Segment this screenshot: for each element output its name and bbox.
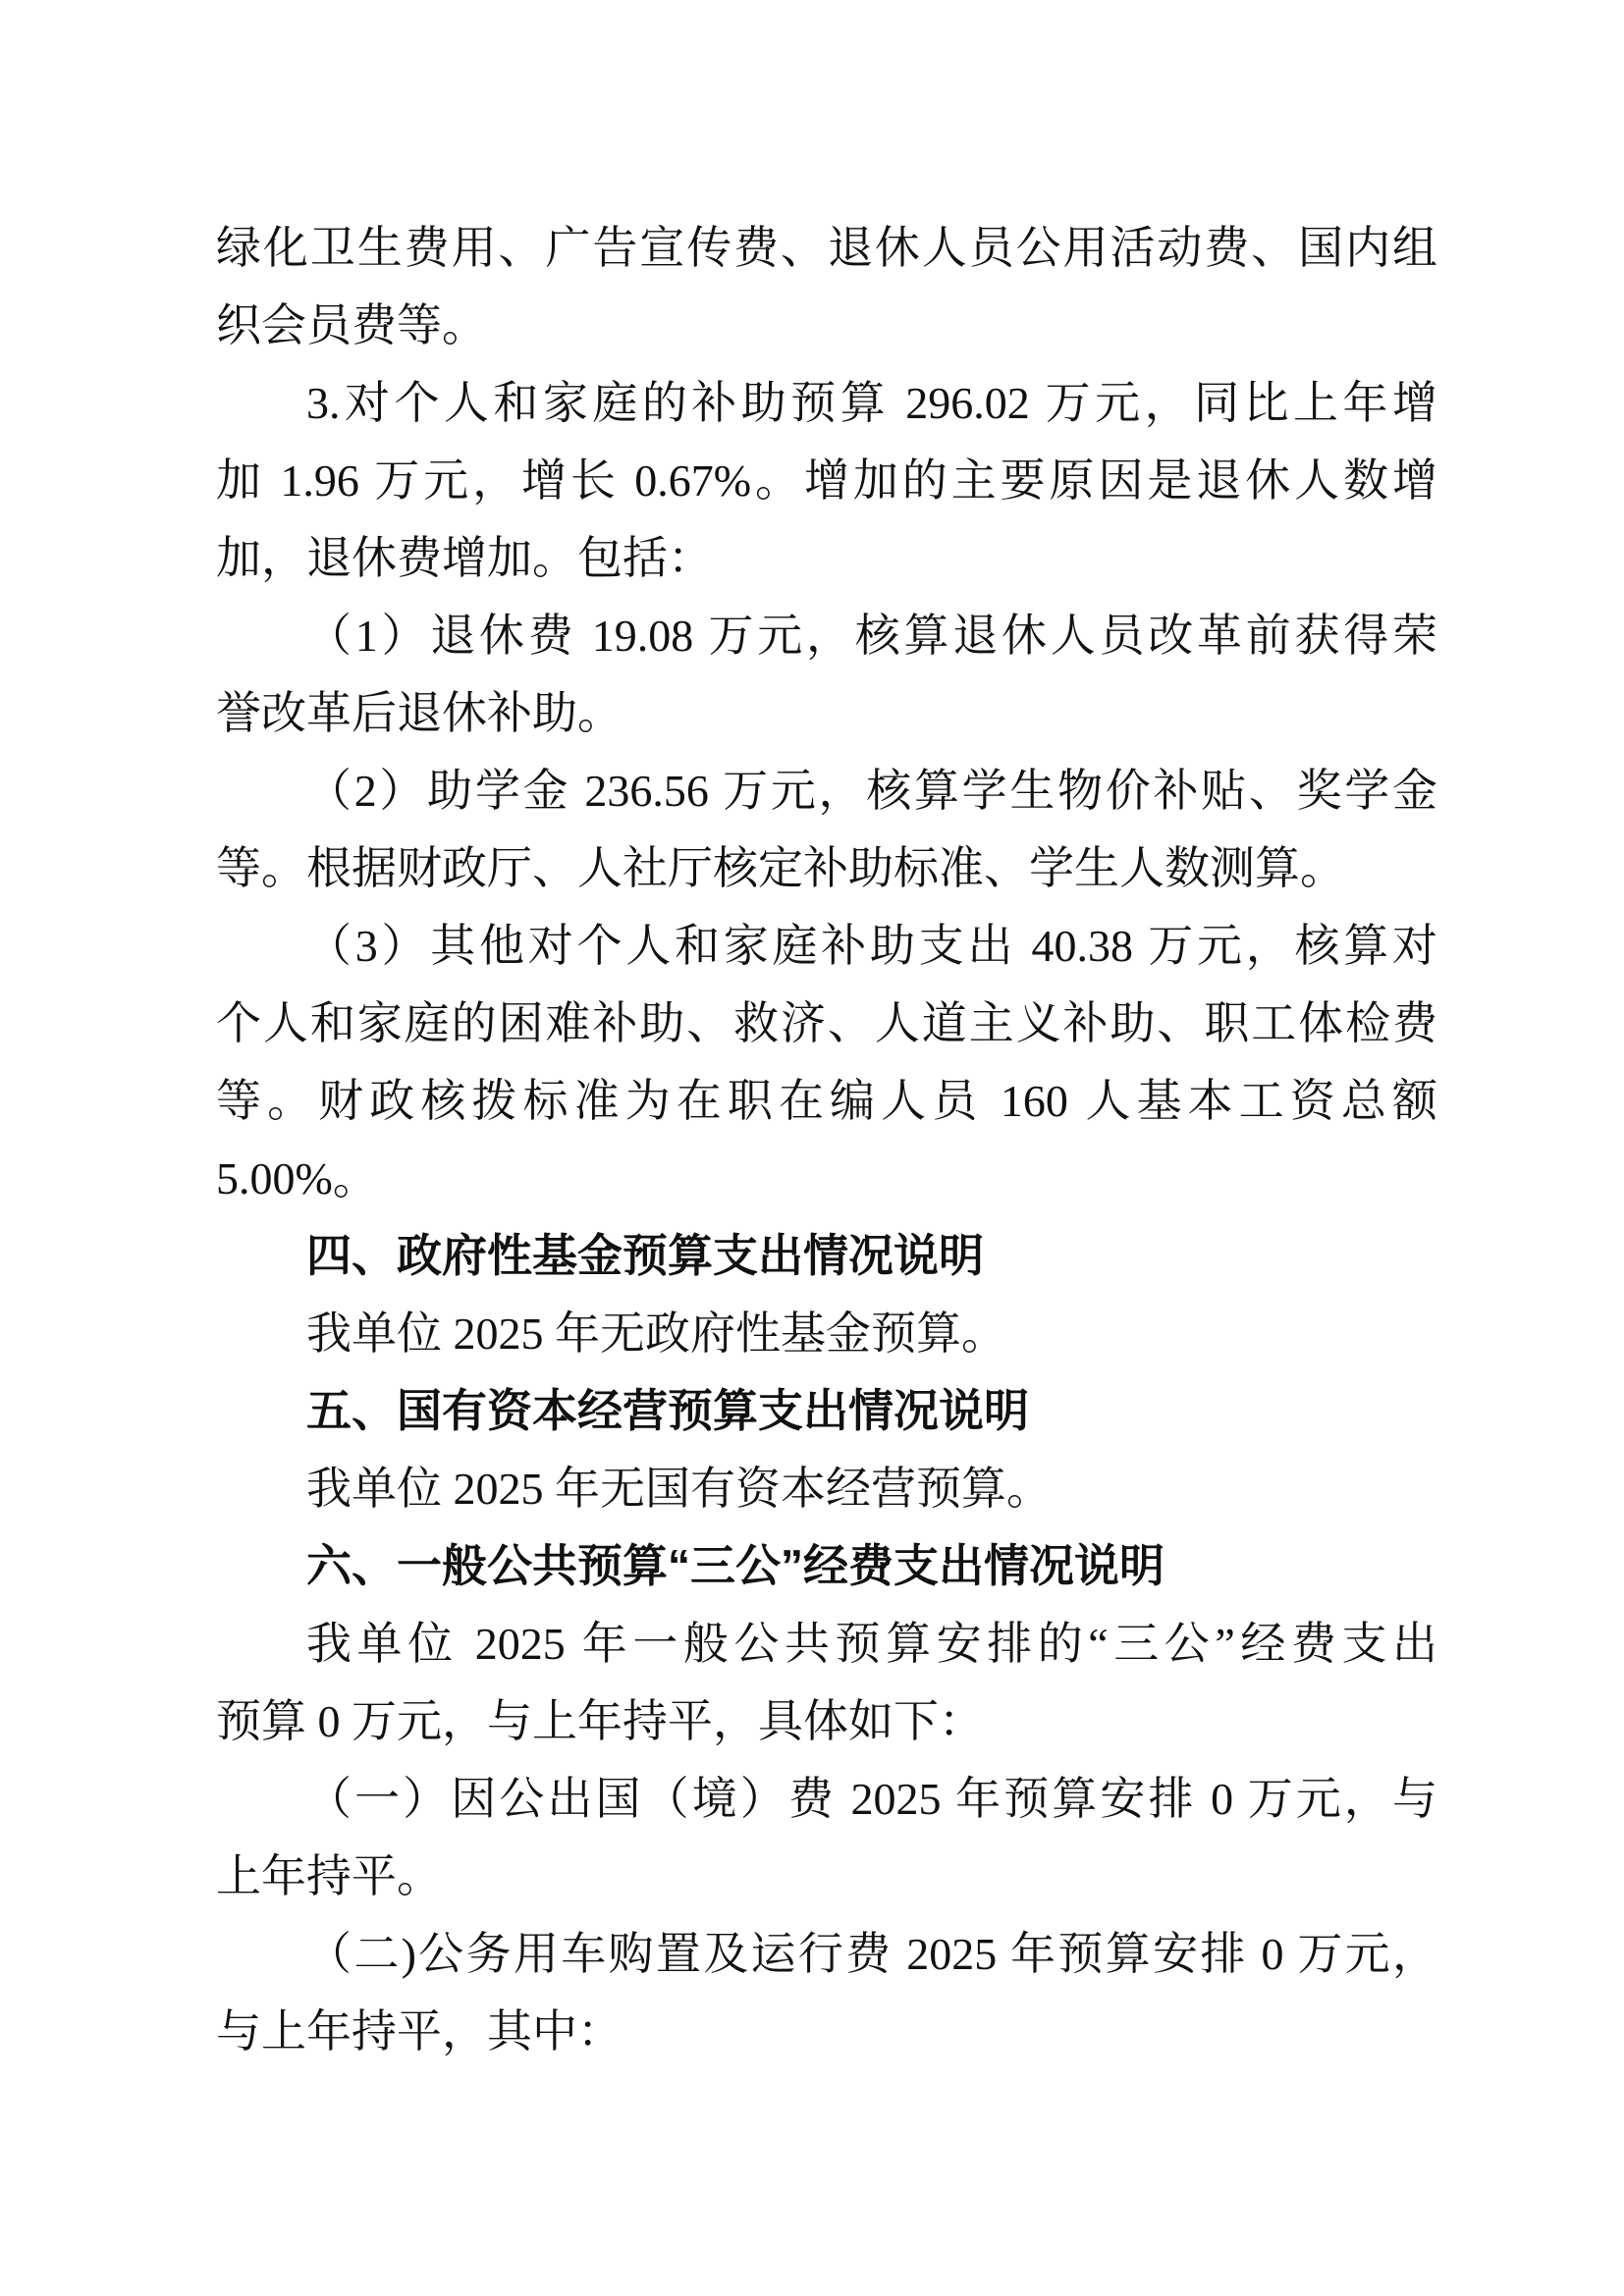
document-text: 绿化卫生费用、广告宣传费、退休人员公用活动费、国内组织会员费等。3.对个人和家庭… bbox=[216, 209, 1437, 2070]
text-line: 我单位 2025 年无国有资本经营预算。 bbox=[216, 1450, 1437, 1527]
text-line: 四、政府性基金预算支出情况说明 bbox=[216, 1217, 1437, 1295]
text-line: 我单位 2025 年一般公共预算安排的“三公”经费支出 bbox=[216, 1605, 1437, 1682]
text-line: （3）其他对个人和家庭补助支出 40.38 万元，核算对 bbox=[216, 907, 1437, 985]
text-line: （二)公务用车购置及运行费 2025 年预算安排 0 万元， bbox=[216, 1915, 1437, 1993]
text-line: 织会员费等。 bbox=[216, 287, 1437, 364]
text-line: 等。根据财政厅、人社厅核定补助标准、学生人数测算。 bbox=[216, 829, 1437, 907]
text-line: 六、一般公共预算“三公”经费支出情况说明 bbox=[216, 1527, 1437, 1605]
text-line: 等。财政核拨标准为在职在编人员 160 人基本工资总额 bbox=[216, 1062, 1437, 1140]
text-line: 上年持平。 bbox=[216, 1838, 1437, 1915]
text-line: （2）助学金 236.56 万元，核算学生物价补贴、奖学金 bbox=[216, 752, 1437, 829]
text-line: 加 1.96 万元，增长 0.67%。增加的主要原因是退休人数增 bbox=[216, 442, 1437, 519]
text-line: 3.对个人和家庭的补助预算 296.02 万元，同比上年增 bbox=[216, 364, 1437, 442]
text-line: 5.00%。 bbox=[216, 1140, 1437, 1217]
document-page: 绿化卫生费用、广告宣传费、退休人员公用活动费、国内组织会员费等。3.对个人和家庭… bbox=[0, 0, 1624, 2296]
text-line: （1）退休费 19.08 万元，核算退休人员改革前获得荣 bbox=[216, 597, 1437, 674]
text-line: 绿化卫生费用、广告宣传费、退休人员公用活动费、国内组 bbox=[216, 209, 1437, 287]
text-line: 五、国有资本经营预算支出情况说明 bbox=[216, 1372, 1437, 1450]
text-line: 我单位 2025 年无政府性基金预算。 bbox=[216, 1295, 1437, 1372]
text-line: 加，退休费增加。包括： bbox=[216, 519, 1437, 597]
text-line: 个人和家庭的困难补助、救济、人道主义补助、职工体检费 bbox=[216, 985, 1437, 1062]
text-line: 誉改革后退休补助。 bbox=[216, 674, 1437, 752]
text-line: 预算 0 万元，与上年持平，具体如下： bbox=[216, 1682, 1437, 1760]
text-line: （一）因公出国（境）费 2025 年预算安排 0 万元，与 bbox=[216, 1760, 1437, 1838]
text-line: 与上年持平，其中： bbox=[216, 1993, 1437, 2070]
